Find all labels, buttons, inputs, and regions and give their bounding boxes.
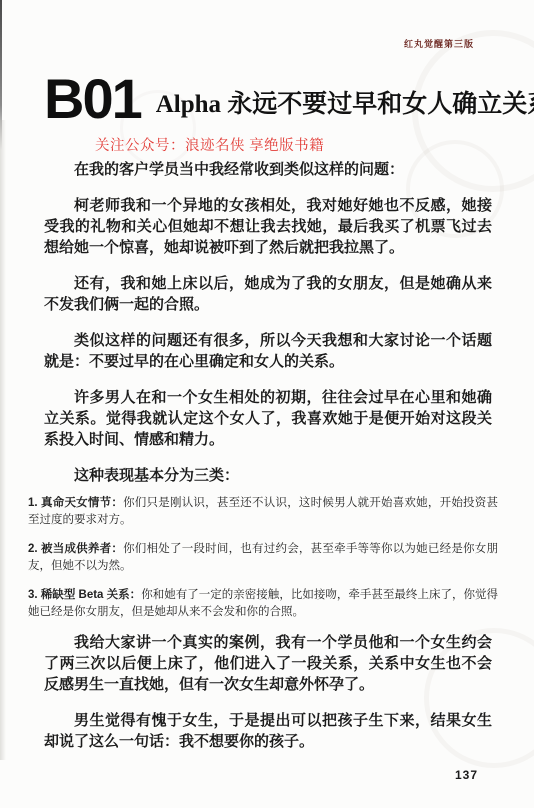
three-types-list: 1. 真命天女情节：你们只是刚认识，甚至还不认识，这时候男人就开始喜欢她，开始投… [28,495,498,621]
chapter-code: B01 [44,72,141,125]
paragraph: 许多男人在和一个女生相处的初期，往往会过早在心里和她确立关系。觉得我就认定这个女… [44,388,492,451]
paragraph: 类似这样的问题还有很多，所以今天我想和大家讨论一个话题就是：不要过早的在心里确定… [44,331,492,373]
paragraph: 男生觉得有愧于女生，于是提出可以把孩子生下来，结果女生却说了这么一句话：我不想要… [44,711,492,753]
page-number: 137 [455,768,478,782]
paragraph: 这种表现基本分为三类： [44,466,492,487]
paragraph: 柯老师我和一个异地的女孩相处，我对她好她也不反感，她接受我的礼物和关心但她却不想… [44,196,492,259]
promo-red-line: 关注公众号：浪迹名侠 享绝版书籍 [95,134,324,155]
list-item: 2. 被当成供养者：你们相处了一段时间，也有过约会，甚至牵手等等你以为她已经是你… [28,541,498,575]
list-item-label: 2. 被当成供养者： [28,543,123,555]
paragraph: 在我的客户学员当中我经常收到类似这样的问题： [44,160,492,181]
chapter-title-row: B01 Alpha 永远不要过早和女人确立关系 [44,72,494,125]
body-text: 在我的客户学员当中我经常收到类似这样的问题： 柯老师我和一个异地的女孩相处，我对… [44,160,492,768]
list-item: 1. 真命天女情节：你们只是刚认识，甚至还不认识，这时候男人就开始喜欢她，开始投… [28,495,498,529]
list-item-label: 1. 真命天女情节： [28,497,123,509]
paragraph: 还有，我和她上床以后，她成为了我的女朋友，但是她确从来不发我们俩一起的合照。 [44,274,492,316]
scan-edge-shadow [0,120,6,760]
list-item: 3. 稀缺型 Beta 关系：你和她有了一定的亲密接触，比如接吻，牵手甚至最终上… [28,587,498,621]
paragraph: 我给大家讲一个真实的案例，我有一个学员他和一个女生约会了两三次以后便上床了，他们… [44,633,492,696]
list-item-label: 3. 稀缺型 Beta 关系： [28,589,141,601]
edition-header: 红丸觉醒第三版 [404,37,474,50]
scanned-book-page: 红丸觉醒第三版 B01 Alpha 永远不要过早和女人确立关系 关注公众号：浪迹… [0,0,534,808]
chapter-title: Alpha 永远不要过早和女人确立关系 [156,84,534,125]
